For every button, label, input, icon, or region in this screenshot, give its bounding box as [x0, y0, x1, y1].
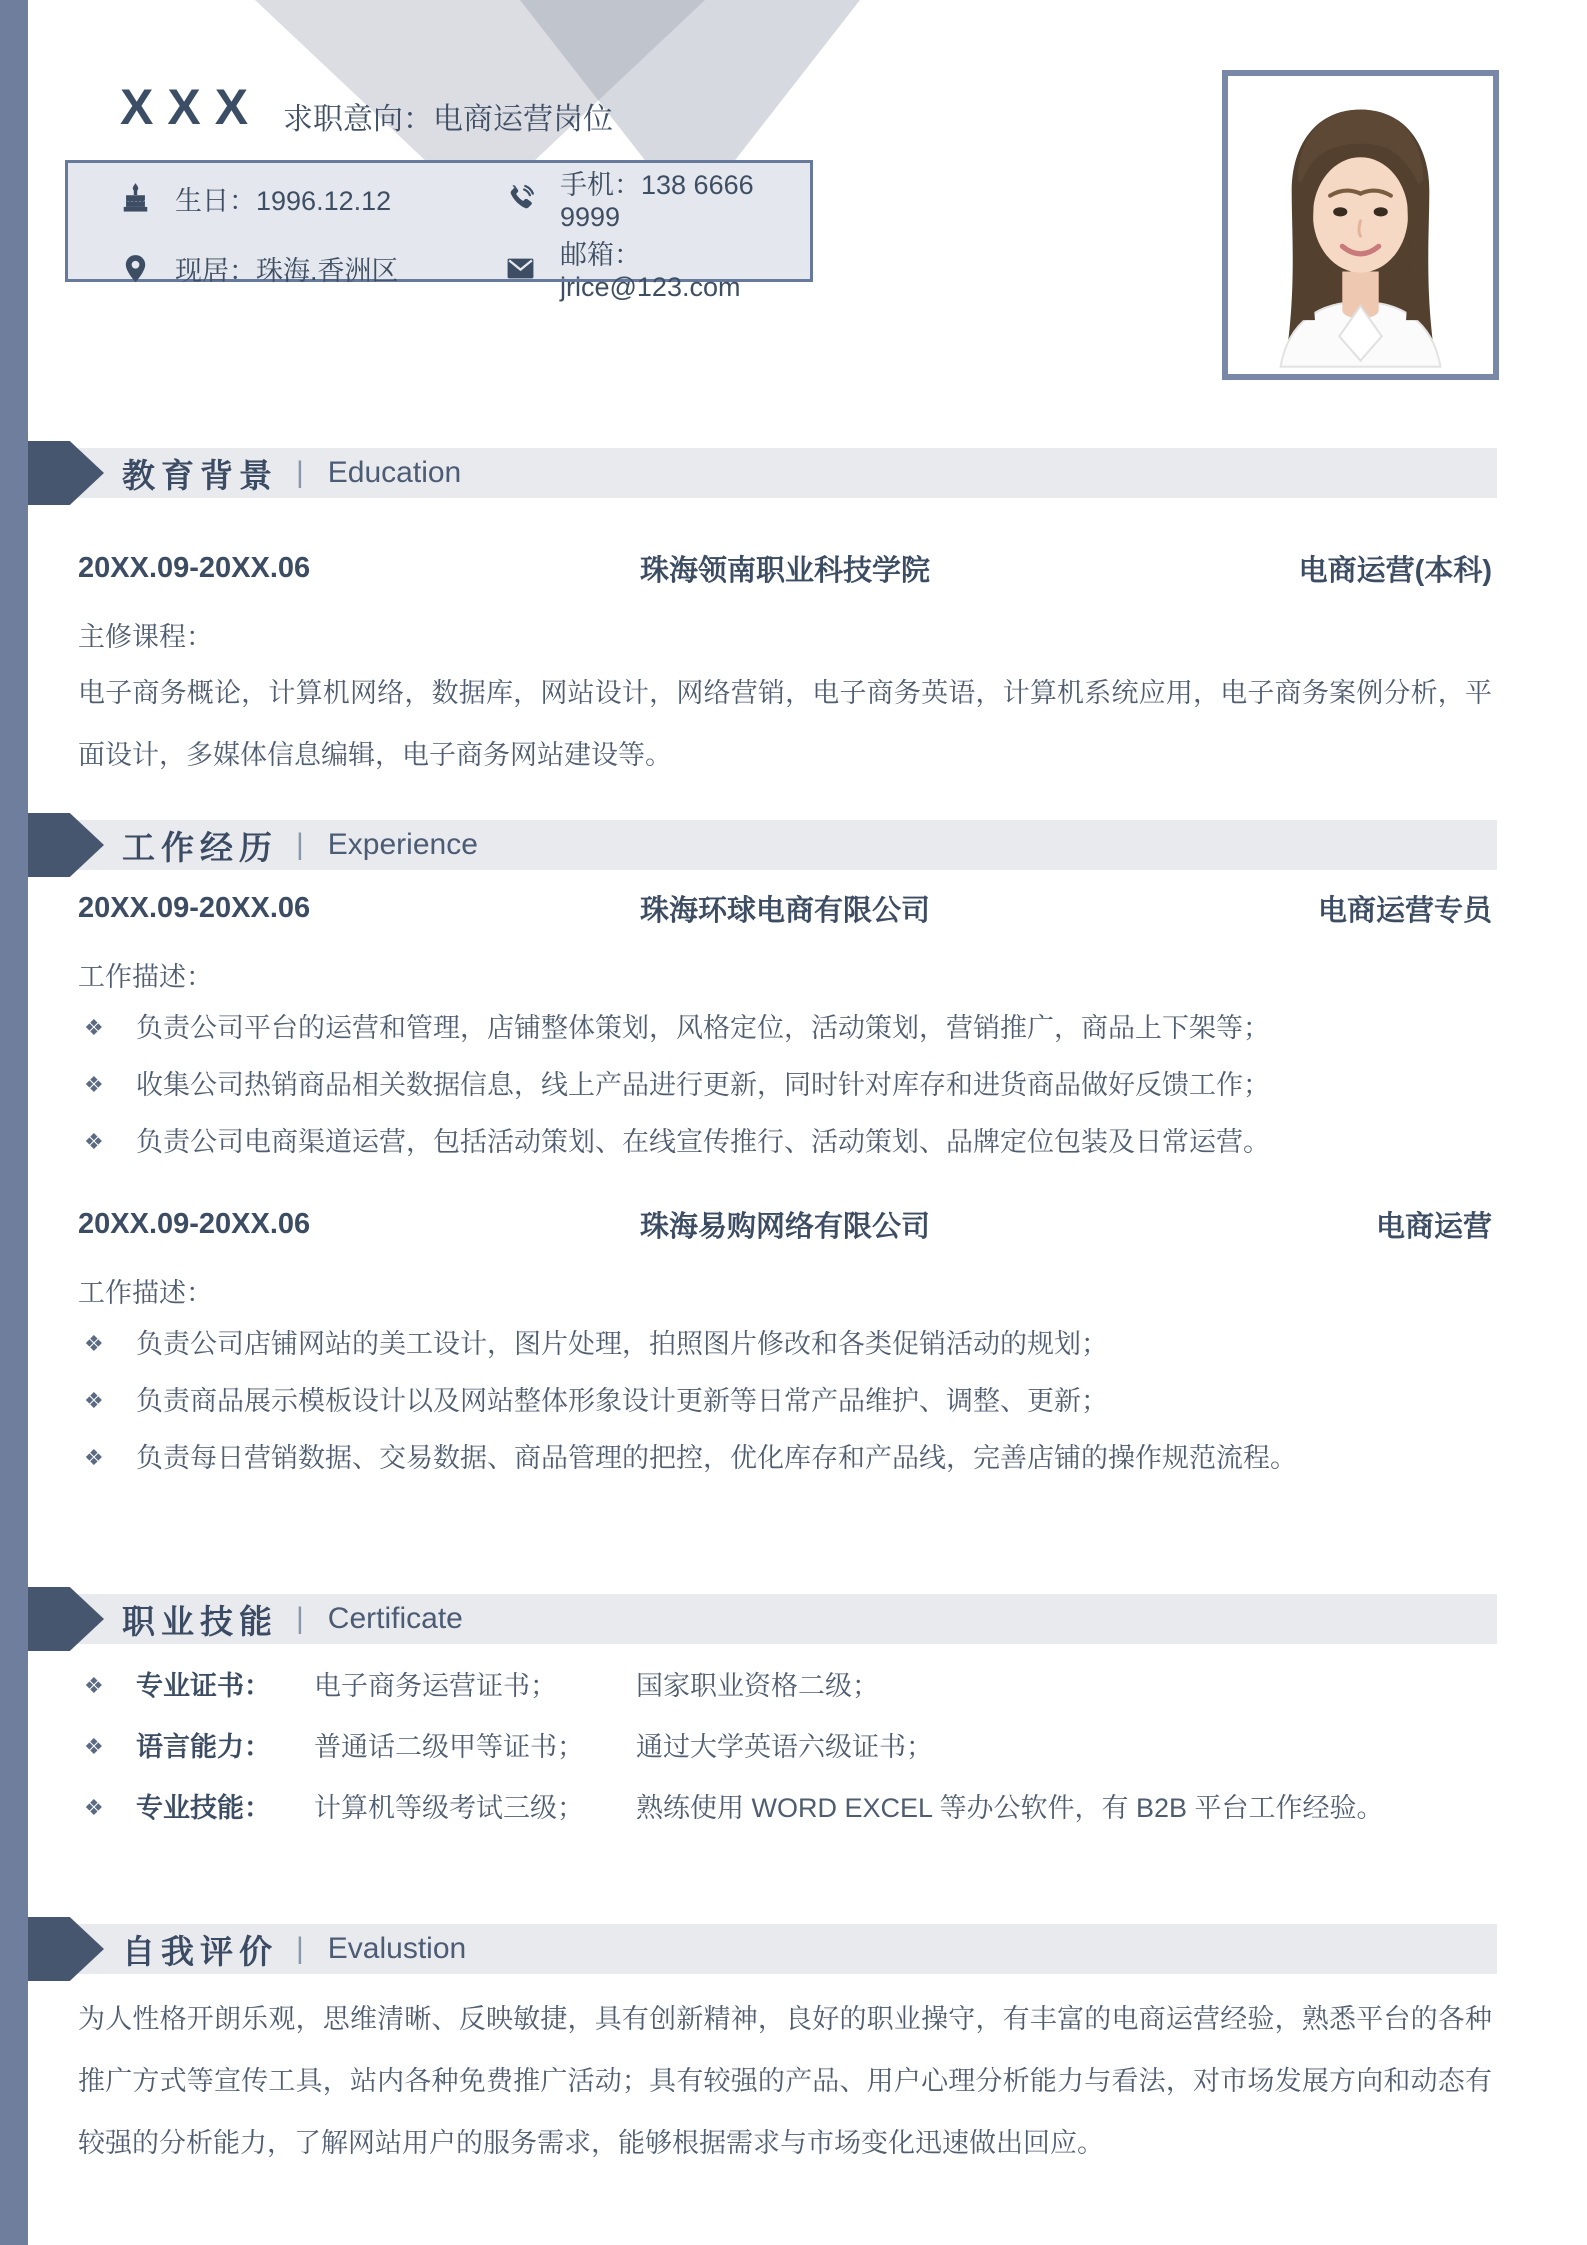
- skill-row-professional: ❖ 专业技能： 计算机等级考试三级； 熟练使用 WORD EXCEL 等办公软件…: [78, 1790, 1492, 1826]
- job-bullet-list: ❖ 负责公司店铺网站的美工设计，图片处理，拍照图片修改和各类促销活动的规划； ❖…: [78, 1326, 1492, 1476]
- bullet-diamond-icon: ❖: [78, 1124, 136, 1160]
- bullet-diamond-icon: ❖: [78, 1010, 136, 1046]
- list-item: ❖ 负责公司电商渠道运营，包括活动策划、在线宣传推行、活动策划、品牌定位包装及日…: [78, 1124, 1492, 1160]
- evaluation-text: 为人性格开朗乐观，思维清晰、反映敏捷，具有创新精神，良好的职业操守，有丰富的电商…: [78, 1988, 1492, 2174]
- job-desc-label: 工作描述：: [78, 1271, 1492, 1310]
- section-title-separator: |: [296, 1932, 304, 1966]
- list-item: ❖ 负责公司平台的运营和管理，店铺整体策划，风格定位，活动策划，营销推广，商品上…: [78, 1010, 1492, 1046]
- section-title-separator: |: [296, 1602, 304, 1636]
- job-entry-row: 20XX.09-20XX.06 珠海易购网络有限公司 电商运营: [78, 1204, 1492, 1245]
- phone-icon: [505, 183, 536, 214]
- evaluation-content: 为人性格开朗乐观，思维清晰、反映敏捷，具有创新精神，良好的职业操守，有丰富的电商…: [78, 1988, 1492, 2174]
- profile-photo: [1222, 70, 1499, 380]
- section-title-en: Experience: [328, 828, 478, 862]
- skill-value-2: 通过大学英语六级证书；: [636, 1729, 1492, 1765]
- section-title-en: Education: [328, 456, 461, 490]
- bullet-diamond-icon: ❖: [78, 1326, 136, 1362]
- job-intent: 求职意向：电商运营岗位: [283, 94, 613, 138]
- bullet-diamond-icon: ❖: [78, 1440, 136, 1476]
- skill-value-1: 电子商务运营证书；: [314, 1668, 636, 1704]
- left-accent-bar: [0, 0, 28, 2245]
- bullet-diamond-icon: ❖: [78, 1668, 136, 1704]
- section-title-en: Certificate: [328, 1602, 463, 1636]
- section-title-cn: 自我评价: [122, 1926, 278, 1973]
- courses-text: 电子商务概论，计算机网络，数据库，网站设计，网络营销，电子商务英语，计算机系统应…: [78, 662, 1492, 786]
- contact-email-text: 邮箱：jrice@123.com: [560, 233, 810, 303]
- list-item: ❖ 负责公司店铺网站的美工设计，图片处理，拍照图片修改和各类促销活动的规划；: [78, 1326, 1492, 1362]
- contact-info-box: 生日：1996.12.12 手机：138 6666 9999 现居：珠海.香洲区…: [65, 160, 813, 282]
- skill-value-1: 计算机等级考试三级；: [314, 1790, 636, 1826]
- section-header-skills: 职业技能 | Certificate: [28, 1594, 1497, 1644]
- education-degree: 电商运营(本科): [1092, 548, 1492, 589]
- section-header-evaluation: 自我评价 | Evalustion: [28, 1924, 1497, 1974]
- contact-birthday-text: 生日：1996.12.12: [175, 179, 391, 218]
- bullet-diamond-icon: ❖: [78, 1383, 136, 1419]
- section-header-experience: 工作经历 | Experience: [28, 820, 1497, 870]
- section-title-en: Evalustion: [328, 1932, 466, 1966]
- birthday-cake-icon: [120, 183, 151, 214]
- experience-job-2: 20XX.09-20XX.06 珠海易购网络有限公司 电商运营 工作描述： ❖ …: [78, 1204, 1492, 1476]
- job-title: 电商运营专员: [1092, 888, 1492, 929]
- list-item: ❖ 收集公司热销商品相关数据信息，线上产品进行更新，同时针对库存和进货商品做好反…: [78, 1067, 1492, 1103]
- profile-photo-illustration: [1234, 82, 1487, 368]
- contact-residence: 现居：珠海.香洲区: [120, 249, 505, 288]
- job-entry-row: 20XX.09-20XX.06 珠海环球电商有限公司 电商运营专员: [78, 888, 1492, 929]
- job-title: 电商运营: [1092, 1204, 1492, 1245]
- job-desc-label: 工作描述：: [78, 955, 1492, 994]
- section-header-education: 教育背景 | Education: [28, 448, 1497, 498]
- skill-label: 语言能力：: [136, 1729, 314, 1765]
- section-arrow-icon: [28, 1917, 104, 1981]
- education-school: 珠海领南职业科技学院: [478, 548, 1092, 589]
- courses-label: 主修课程：: [78, 615, 1492, 654]
- bullet-diamond-icon: ❖: [78, 1790, 136, 1826]
- bullet-diamond-icon: ❖: [78, 1067, 136, 1103]
- skill-value-2: 熟练使用 WORD EXCEL 等办公软件，有 B2B 平台工作经验。: [636, 1790, 1492, 1826]
- section-title-cn: 职业技能: [122, 1596, 278, 1643]
- list-item: ❖ 负责每日营销数据、交易数据、商品管理的把控，优化库存和产品线，完善店铺的操作…: [78, 1440, 1492, 1476]
- skill-row-certificates: ❖ 专业证书： 电子商务运营证书； 国家职业资格二级；: [78, 1668, 1492, 1704]
- contact-email: 邮箱：jrice@123.com: [505, 233, 810, 303]
- skills-content: ❖ 专业证书： 电子商务运营证书； 国家职业资格二级； ❖ 语言能力： 普通话二…: [78, 1668, 1492, 1851]
- resume-page: XXX 求职意向：电商运营岗位 生日：1996.12.12 手机：138 666…: [0, 0, 1587, 2245]
- experience-job-1: 20XX.09-20XX.06 珠海环球电商有限公司 电商运营专员 工作描述： …: [78, 888, 1492, 1160]
- mail-icon: [505, 253, 536, 284]
- section-arrow-icon: [28, 1587, 104, 1651]
- candidate-name: XXX: [120, 78, 262, 136]
- contact-phone-text: 手机：138 6666 9999: [560, 163, 810, 233]
- skill-label: 专业证书：: [136, 1668, 314, 1704]
- section-title-separator: |: [296, 828, 304, 862]
- list-item: ❖ 负责商品展示模板设计以及网站整体形象设计更新等日常产品维护、调整、更新；: [78, 1383, 1492, 1419]
- education-entry: 20XX.09-20XX.06 珠海领南职业科技学院 电商运营(本科): [78, 548, 1492, 589]
- job-period: 20XX.09-20XX.06: [78, 1208, 478, 1241]
- contact-birthday: 生日：1996.12.12: [120, 179, 505, 218]
- section-title-separator: |: [296, 456, 304, 490]
- education-period: 20XX.09-20XX.06: [78, 552, 478, 585]
- job-company: 珠海易购网络有限公司: [478, 1204, 1092, 1245]
- section-arrow-icon: [28, 813, 104, 877]
- section-title-cn: 工作经历: [122, 822, 278, 869]
- bullet-diamond-icon: ❖: [78, 1729, 136, 1765]
- skill-row-language: ❖ 语言能力： 普通话二级甲等证书； 通过大学英语六级证书；: [78, 1729, 1492, 1765]
- job-period: 20XX.09-20XX.06: [78, 892, 478, 925]
- section-arrow-icon: [28, 441, 104, 505]
- job-bullet-list: ❖ 负责公司平台的运营和管理，店铺整体策划，风格定位，活动策划，营销推广，商品上…: [78, 1010, 1492, 1160]
- experience-content: 20XX.09-20XX.06 珠海环球电商有限公司 电商运营专员 工作描述： …: [78, 888, 1492, 1497]
- section-title-cn: 教育背景: [122, 450, 278, 497]
- skill-value-1: 普通话二级甲等证书；: [314, 1729, 636, 1765]
- skill-value-2: 国家职业资格二级；: [636, 1668, 1492, 1704]
- education-content: 20XX.09-20XX.06 珠海领南职业科技学院 电商运营(本科) 主修课程…: [78, 548, 1492, 786]
- contact-phone: 手机：138 6666 9999: [505, 163, 810, 233]
- skill-label: 专业技能：: [136, 1790, 314, 1826]
- job-company: 珠海环球电商有限公司: [478, 888, 1092, 929]
- contact-residence-text: 现居：珠海.香洲区: [175, 249, 399, 288]
- location-pin-icon: [120, 253, 151, 284]
